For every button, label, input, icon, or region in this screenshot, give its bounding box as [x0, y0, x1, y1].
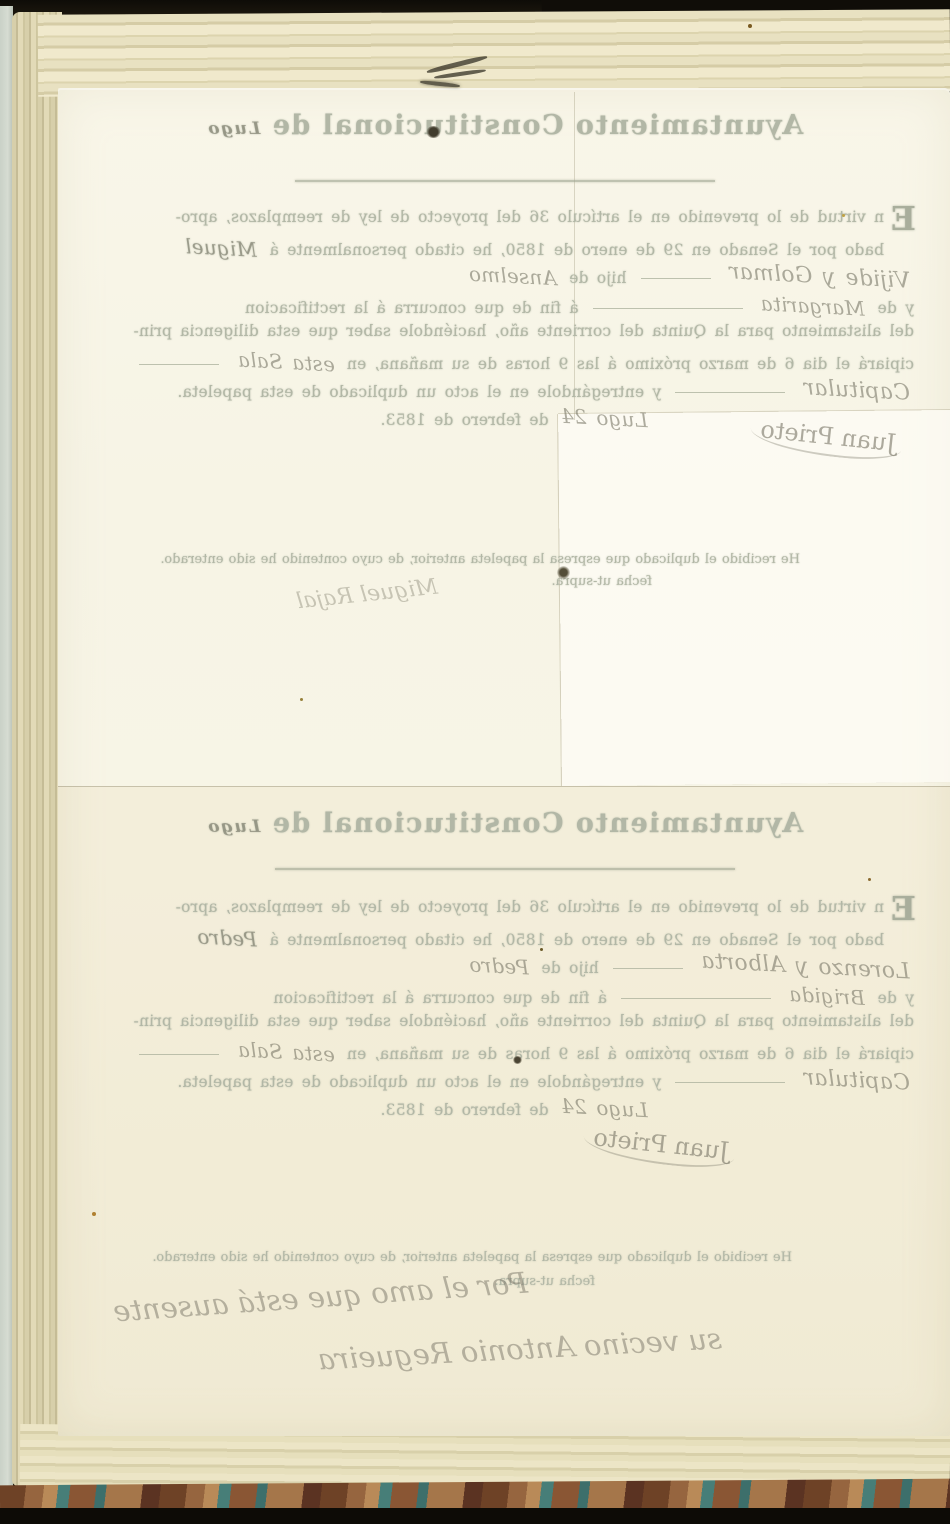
ink-speck	[868, 878, 871, 881]
printed-line: Lugo 24 de febrero de 1853.	[380, 406, 652, 430]
blank-dash	[139, 1052, 219, 1055]
drop-cap: E	[891, 894, 916, 924]
blank-dash	[675, 390, 785, 393]
printed-line: n virtud de lo prevenido en el artículo …	[175, 208, 884, 226]
ink-speck	[300, 698, 303, 701]
receipt-line: He recibido el duplicado que espresa la …	[152, 1250, 792, 1265]
receipt-line: He recibido el duplicado que espresa la …	[160, 552, 800, 567]
ink-scribble	[398, 56, 506, 100]
blank-dash	[593, 306, 743, 309]
printed-line: Lorenzo y Alborta hijo de Pedro	[465, 954, 914, 979]
blank-dash	[621, 996, 771, 999]
ink-speck	[92, 1212, 96, 1216]
ink-speck	[842, 214, 845, 217]
printed-text: cipiará el dia 6 de marzo próximo á las …	[347, 355, 914, 373]
printed-text: de febrero de 1853.	[380, 411, 548, 429]
handwritten-entry: Lugo	[207, 119, 261, 139]
acknowledgement-signature: Miguel Rajal	[295, 575, 439, 615]
handwritten-entry: Lorenzo y Alborta	[701, 949, 911, 985]
printed-text: y entregándole en el acto un duplicado d…	[177, 1073, 661, 1091]
handwritten-entry: Margarita	[760, 291, 866, 320]
handwritten-entry: Pedro	[469, 952, 530, 979]
printed-text: y de	[877, 299, 914, 317]
form-title: Ayuntamiento Constitucional de Lugo	[90, 808, 920, 839]
printed-text: bado por el Senado en 29 de enero de 185…	[269, 931, 884, 949]
printed-text: bado por el Senado en 29 de enero de 185…	[269, 241, 884, 259]
papeleta-form-top: Ayuntamiento Constitucional de Lugo E n …	[90, 100, 920, 680]
ink-blot	[426, 126, 441, 138]
handwritten-entry: Lugo	[207, 817, 261, 837]
blank-dash	[641, 276, 711, 279]
handwritten-entry: Lugo 24	[560, 1094, 648, 1123]
handwritten-entry: Pedro	[197, 924, 258, 951]
handwritten-entry: Anselmo	[468, 262, 557, 291]
handwritten-entry: Vijide y Golmar	[728, 259, 910, 293]
handwritten-note-line: Por el amo que está ausente	[112, 1266, 529, 1329]
handwritten-note-line: su vecino Antonio Regueira	[317, 1321, 723, 1376]
title-rule	[275, 868, 735, 870]
printed-text: y de	[877, 989, 914, 1007]
printed-line: Capitular y entregándole en el acto un d…	[177, 1068, 914, 1093]
book-cover-bottom-edge	[0, 1508, 950, 1524]
printed-line: del alistamiento para la Quinta del corr…	[133, 322, 914, 340]
printed-line: Vijide y Golmar hijo de Anselmo	[465, 264, 914, 289]
form-title-text: Ayuntamiento Constitucional de	[271, 808, 803, 839]
printed-text: á fin de que concurra á la rectificacion	[273, 989, 607, 1007]
blank-dash	[139, 362, 219, 365]
bottom-handwritten-notes: Por el amo que está ausente su vecino An…	[30, 1272, 950, 1412]
handwritten-entry: esta Sala	[237, 347, 335, 376]
printed-line: bado por el Senado en 29 de enero de 185…	[193, 926, 884, 950]
form-title-text: Ayuntamiento Constitucional de	[271, 110, 803, 141]
printed-line: del alistamiento para la Quinta del corr…	[133, 1012, 914, 1030]
ink-speck	[748, 24, 752, 28]
printed-text: hijo de	[569, 269, 627, 287]
printed-line: y de Margarita á fin de que concurra á l…	[245, 294, 914, 318]
printed-text: cipiará el dia 6 de marzo próximo á las …	[347, 1045, 914, 1063]
scanned-book-page: Ayuntamiento Constitucional de Lugo E n …	[0, 0, 950, 1524]
printed-line: bado por el Senado en 29 de enero de 185…	[181, 236, 884, 260]
title-rule	[295, 180, 715, 182]
ink-blot	[557, 566, 570, 579]
handwritten-entry: Capitular	[803, 375, 911, 406]
handwritten-entry: esta Sala	[237, 1037, 335, 1066]
printed-line: cipiará el dia 6 de marzo próximo á las …	[133, 1040, 914, 1064]
printed-text: de febrero de 1853.	[380, 1101, 548, 1119]
blank-dash	[613, 966, 683, 969]
blank-dash	[675, 1080, 785, 1083]
printed-text: hijo de	[541, 959, 599, 977]
printed-line: Lugo 24 de febrero de 1853.	[380, 1096, 652, 1120]
printed-text: á fin de que concurra á la rectificacion	[245, 299, 579, 317]
ink-blot	[513, 1056, 522, 1064]
ink-speck	[540, 948, 543, 951]
printed-line: n virtud de lo prevenido en el artículo …	[175, 898, 884, 916]
handwritten-entry: Capitular	[803, 1065, 911, 1096]
printed-line: y de Brigida á fin de que concurra á la …	[273, 984, 914, 1008]
signature-handwriting: Juan Prieto	[749, 414, 904, 464]
printed-line: Capitular y entregándole en el acto un d…	[177, 378, 914, 403]
handwritten-entry: Miguel	[185, 234, 258, 262]
printed-text: y entregándole en el acto un duplicado d…	[177, 383, 661, 401]
page-edge-stack-left	[12, 12, 62, 1486]
printed-line: cipiará el dia 6 de marzo próximo á las …	[133, 350, 914, 374]
handwritten-entry: Lugo 24	[560, 404, 648, 433]
signature-handwriting: Juan Prieto	[582, 1122, 737, 1172]
form-title: Ayuntamiento Constitucional de Lugo	[90, 110, 920, 141]
handwritten-entry: Brigida	[789, 982, 866, 1010]
drop-cap: E	[891, 204, 916, 234]
